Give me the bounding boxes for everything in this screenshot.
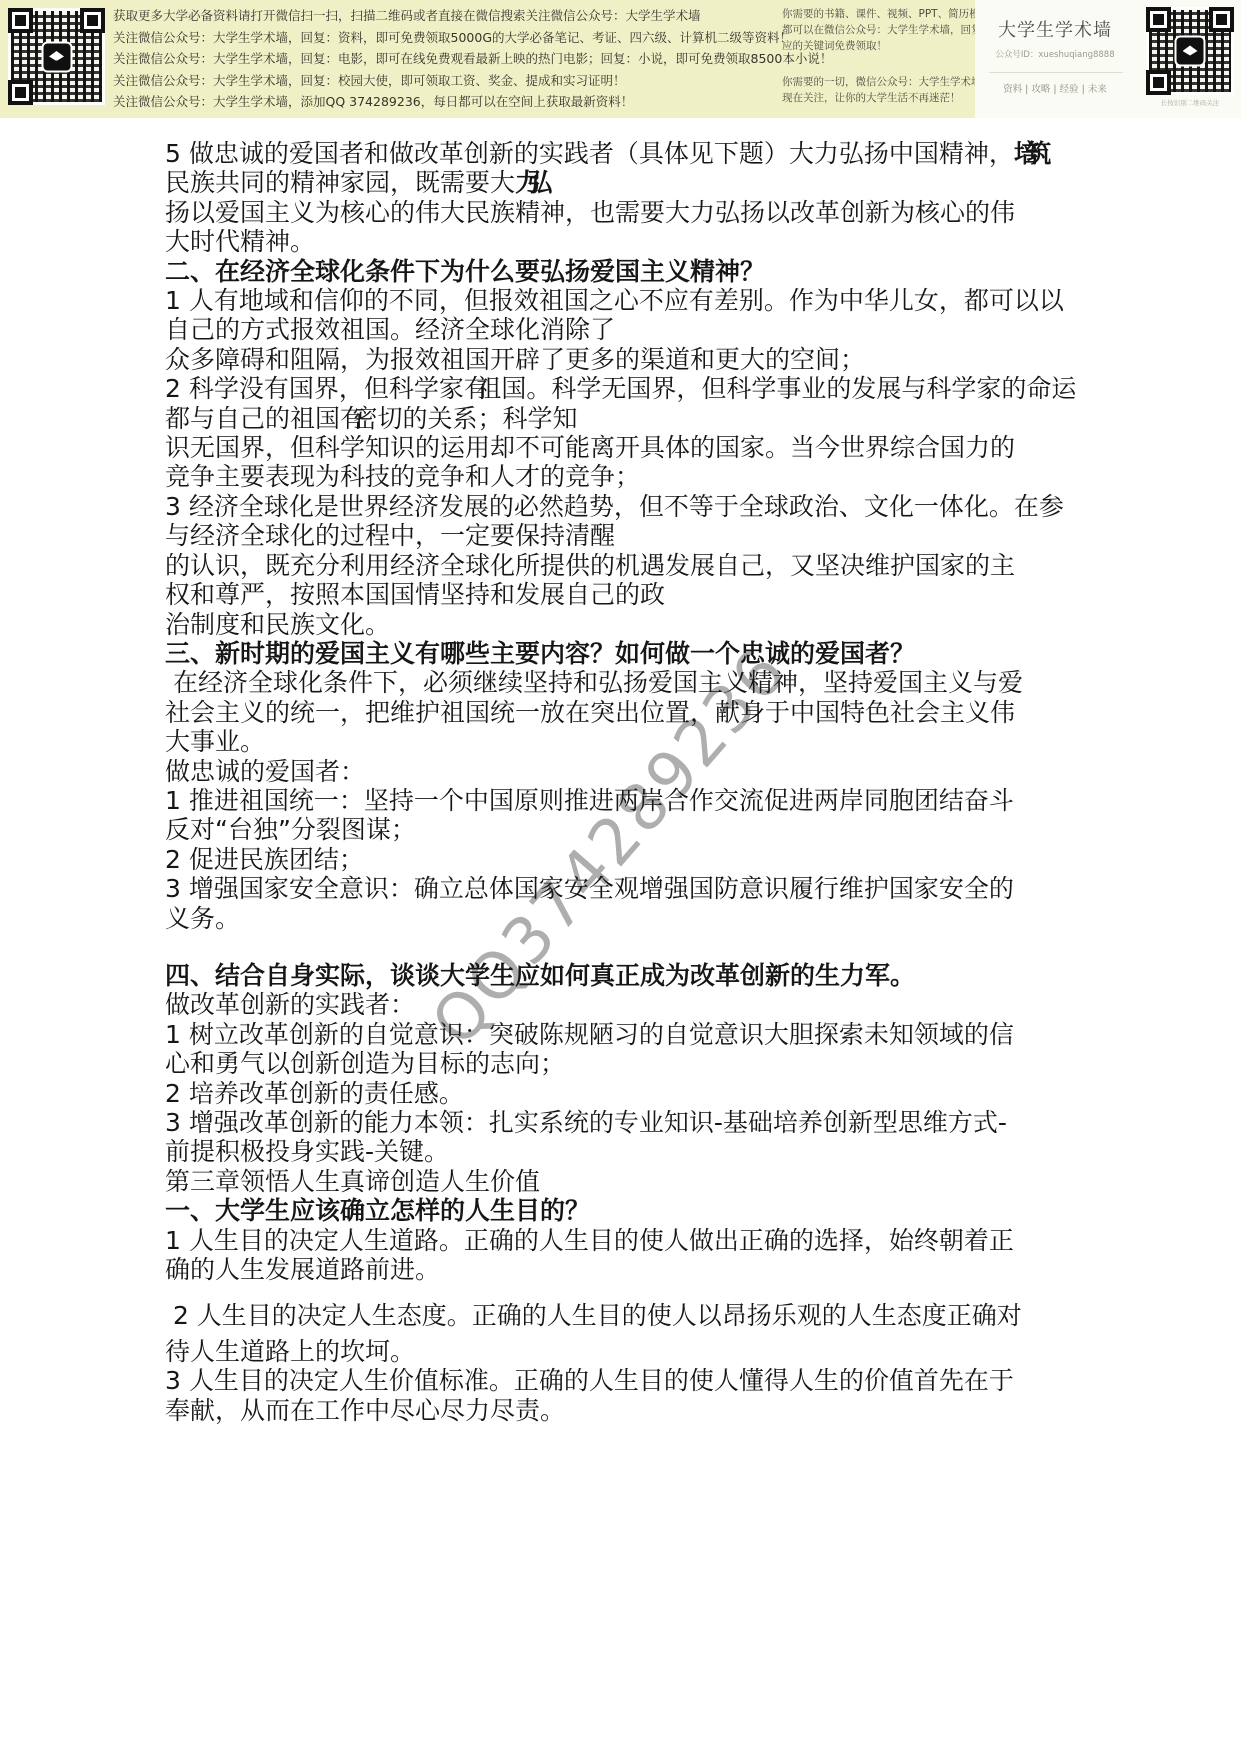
- note-line: 你需要的书籍、课件、视频、PPT、简历模板: [782, 6, 992, 22]
- note-line: 应的关键词免费领取！: [782, 38, 992, 54]
- text-segment: 3 人生目的决定人生价值标准。正确的人生目的使人懂得人生的价值首先在于: [165, 1366, 1014, 1395]
- text-segment: 都与自己的祖国: [165, 404, 340, 433]
- document-body: 5 做忠诚的爱国者和做改革创新的实践者（具体见下题）大力弘扬中国精神，培筑民族共…: [165, 139, 1076, 1425]
- banner-line: 关注微信公众号：大学生学术墙，回复：电影，即可在线免费观看最新上映的热门电影；回…: [113, 48, 832, 70]
- document-line: 大时代精神。: [165, 227, 1076, 256]
- document-line: 2 人生目的决定人生态度。正确的人生目的使人以昂扬乐观的人生态度正确对: [165, 1301, 1076, 1330]
- text-segment: 国。科学无国界，但科学事业的发展与科学家的命运: [501, 374, 1076, 403]
- document-line: 做忠诚的爱国者：: [165, 757, 1076, 786]
- text-segment: 3 增强改革创新的能力本领：扎实系统的专业知识-基础培养创新型思维方式-: [165, 1108, 1007, 1137]
- document-line: 3 人生目的决定人生价值标准。正确的人生目的使人懂得人生的价值首先在于: [165, 1366, 1076, 1395]
- account-card-tags: 资料 | 攻略 | 经验 | 未来: [975, 81, 1135, 95]
- text-segment: 2 科学没有国界，但科学家: [165, 374, 464, 403]
- document-line: 2 科学没有国界，但科学家有祖国。科学无国界，但科学事业的发展与科学家的命运: [165, 374, 1076, 403]
- document-line: 一、大学生应该确立怎样的人生目的？: [165, 1196, 1076, 1225]
- document-line: 1 人生目的决定人生道路。正确的人生目的使人做出正确的选择，始终朝着正: [165, 1226, 1076, 1255]
- document-line: 竞争主要表现为科技的竞争和人才的竞争；: [165, 462, 1076, 491]
- text-segment: 反对“台独”分裂图谋；: [165, 815, 416, 844]
- text-segment: 1 推进祖国统一：坚持一个中国原则推进两岸合作交流促进两岸同胞团结奋斗: [165, 786, 1014, 815]
- banner-line: 关注微信公众号：大学生学术墙，回复：资料，即可免费领取5000G的大学必备笔记、…: [113, 27, 832, 49]
- document-line: 1 推进祖国统一：坚持一个中国原则推进两岸合作交流促进两岸同胞团结奋斗: [165, 786, 1076, 815]
- account-card-title: 大学生学术墙: [975, 16, 1135, 42]
- qr-finder-icon: [8, 8, 33, 33]
- document-line: 在经济全球化条件下，必须继续坚持和弘扬爱国主义精神，坚持爱国主义与爱: [165, 668, 1076, 697]
- text-segment: 5 做忠诚的爱国者和做改革创新的实践者（具体见下题）大力弘扬中国精神，: [165, 139, 1014, 168]
- document-line: 与经济全球化的过程中，一定要保持清醒: [165, 521, 1076, 550]
- text-segment: 1 人有地域和信仰的不同，但报效祖国之心不应有差别。作为中华儿女，都可以以: [165, 286, 1064, 315]
- text-segment: 1 树立改革创新的自觉意识：突破陈规陋习的自觉意识大胆探索未知领域的信: [165, 1020, 1014, 1049]
- text-segment: 心和勇气以创新创造为目标的志向；: [165, 1049, 565, 1078]
- text-segment: 自己的方式报效祖国。经济全球化消除了: [165, 315, 615, 344]
- qr-finder-icon: [8, 80, 33, 105]
- qr-finder-icon: [80, 8, 105, 33]
- banner-line: 获取更多大学必备资料请打开微信扫一扫，扫描二维码或者直接在微信搜索关注微信公众号…: [113, 5, 832, 27]
- text-segment: 在经济全球化条件下，必须继续坚持和弘扬爱国主义精神，坚持爱国主义与爱: [165, 668, 1023, 697]
- text-segment: 2 促进民族团结；: [165, 845, 364, 874]
- document-line: 三、新时期的爱国主义有哪些主要内容？如何做一个忠诚的爱国者？: [165, 639, 1076, 668]
- text-segment: 权和尊严，按照本国国情坚持和发展自己的政: [165, 580, 665, 609]
- document-line: 心和勇气以创新创造为目标的志向；: [165, 1049, 1076, 1078]
- document-line: 扬以爱国主义为核心的伟大民族精神，也需要大力弘扬以改革创新为核心的伟: [165, 198, 1076, 227]
- qr-finder-icon: [1209, 7, 1234, 32]
- text-segment: 治制度和民族文化。: [165, 610, 390, 639]
- wechat-qr-code-icon: [8, 8, 105, 105]
- document-line: 待人生道路上的坎坷。: [165, 1337, 1076, 1366]
- banner-text-block: 获取更多大学必备资料请打开微信扫一扫，扫描二维码或者直接在微信搜索关注微信公众号…: [113, 5, 832, 113]
- text-segment: 社会主义的统一，把维护祖国统一放在突出位置，献身于中国特色社会主义伟: [165, 698, 1015, 727]
- text-segment: 识无国界，但科学知识的运用却不可能离开具体的国家。当今世界综合国力的: [165, 433, 1015, 462]
- text-segment: 1 人生目的决定人生道路。正确的人生目的使人做出正确的选择，始终朝着正: [165, 1226, 1014, 1255]
- text-segment: 前提积极投身实践-关键。: [165, 1137, 449, 1166]
- text-segment: 三、新时期的爱国主义有哪些主要内容？如何做一个忠诚的爱国者？: [165, 639, 915, 668]
- text-segment: 众多障碍和阻隔，为报效祖国开辟了更多的渠道和更大的空间；: [165, 345, 865, 374]
- document-line: 众多障碍和阻隔，为报效祖国开辟了更多的渠道和更大的空间；: [165, 345, 1076, 374]
- document-line: 3 增强改革创新的能力本领：扎实系统的专业知识-基础培养创新型思维方式-: [165, 1108, 1076, 1137]
- document-line: 权和尊严，按照本国国情坚持和发展自己的政: [165, 580, 1076, 609]
- text-segment: 3 增强国家安全意识：确立总体国家安全观增强国防意识履行维护国家安全的: [165, 874, 1014, 903]
- account-qr-code-icon: [1146, 7, 1234, 95]
- document-line: 反对“台独”分裂图谋；: [165, 815, 1076, 844]
- text-segment: 义务。: [165, 904, 240, 933]
- text-segment: 竞争主要表现为科技的竞争和人才的竞争；: [165, 462, 640, 491]
- document-line: 第三章领悟人生真谛创造人生价值: [165, 1167, 1076, 1196]
- banner-line: 关注微信公众号：大学生学术墙，添加QQ 374289236，每日都可以在空间上获…: [113, 91, 832, 113]
- text-segment: 2 培养改革创新的责任感。: [165, 1079, 464, 1108]
- document-line: 自己的方式报效祖国。经济全球化消除了: [165, 315, 1076, 344]
- document-line: 都与自己的祖国有密切的关系；科学知: [165, 404, 1076, 433]
- text-segment: 做忠诚的爱国者：: [165, 757, 365, 786]
- text-segment: 2 人生目的决定人生态度。正确的人生目的使人以昂扬乐观的人生态度正确对: [165, 1301, 1022, 1330]
- text-segment: 力弘: [515, 168, 540, 197]
- text-segment: 民族共同的精神家园，既需要大: [165, 168, 515, 197]
- text-segment: 待人生道路上的坎坷。: [165, 1337, 415, 1366]
- qr-finder-icon: [1146, 7, 1171, 32]
- document-line: 2 促进民族团结；: [165, 845, 1076, 874]
- text-segment: 做改革创新的实践者：: [165, 990, 415, 1019]
- text-segment: 3 经济全球化是世界经济发展的必然趋势，但不等于全球政治、文化一体化。在参: [165, 492, 1064, 521]
- text-segment: 大时代精神。: [165, 227, 315, 256]
- document-line: 治制度和民族文化。: [165, 610, 1076, 639]
- promo-banner: 获取更多大学必备资料请打开微信扫一扫，扫描二维码或者直接在微信搜索关注微信公众号…: [0, 0, 1241, 118]
- text-segment: 第三章领悟人生真谛创造人生价值: [165, 1167, 540, 1196]
- document-line: 1 树立改革创新的自觉意识：突破陈规陋习的自觉意识大胆探索未知领域的信: [165, 1020, 1076, 1049]
- text-segment: 有密: [340, 404, 365, 433]
- document-line: 识无国界，但科学知识的运用却不可能离开具体的国家。当今世界综合国力的: [165, 433, 1076, 462]
- document-line: 民族共同的精神家园，既需要大力弘: [165, 168, 1076, 197]
- text-segment: 四、结合自身实际，谈谈大学生应如何真正成为改革创新的生力军。: [165, 961, 915, 990]
- document-line: 前提积极投身实践-关键。: [165, 1137, 1076, 1166]
- graduation-cap-icon: [1175, 36, 1206, 67]
- document-line: 3 经济全球化是世界经济发展的必然趋势，但不等于全球政治、文化一体化。在参: [165, 492, 1076, 521]
- document-line: 社会主义的统一，把维护祖国统一放在突出位置，献身于中国特色社会主义伟: [165, 698, 1076, 727]
- text-segment: 二、在经济全球化条件下为什么要弘扬爱国主义精神？: [165, 257, 765, 286]
- document-line: 义务。: [165, 904, 1076, 933]
- account-card-id: 公众号ID：xueshuqiang8888: [975, 48, 1135, 60]
- text-segment: 大事业。: [165, 727, 265, 756]
- text-segment: 一、大学生应该确立怎样的人生目的？: [165, 1196, 590, 1225]
- text-segment: 切的关系；科学知: [378, 404, 578, 433]
- note-line: 都可以在微信公众号：大学生学术墙，回复相: [782, 22, 992, 38]
- qr-finder-icon: [1146, 70, 1171, 95]
- text-segment: 奉献，从而在工作中尽心尽力尽责。: [165, 1396, 565, 1425]
- document-line: 做改革创新的实践者：: [165, 990, 1076, 1019]
- document-line: 奉献，从而在工作中尽心尽力尽责。: [165, 1396, 1076, 1425]
- document-line: 四、结合自身实际，谈谈大学生应如何真正成为改革创新的生力军。: [165, 961, 1076, 990]
- document-line: 确的人生发展道路前进。: [165, 1255, 1076, 1284]
- banner-line: 关注微信公众号：大学生学术墙，回复：校园大使，即可领取工资、奖金、提成和实习证明…: [113, 70, 832, 92]
- text-segment: 与经济全球化的过程中，一定要保持清醒: [165, 521, 615, 550]
- text-segment: 培筑: [1014, 139, 1039, 168]
- divider: [989, 72, 1123, 73]
- document-line: 大事业。: [165, 727, 1076, 756]
- document-line: 的认识，既充分利用经济全球化所提供的机遇发展自己，又坚决维护国家的主: [165, 551, 1076, 580]
- qr-caption: 长按识别二维码关注: [1146, 98, 1234, 107]
- graduation-cap-icon: [41, 41, 72, 72]
- document-line: 2 培养改革创新的责任感。: [165, 1079, 1076, 1108]
- document-line: 5 做忠诚的爱国者和做改革创新的实践者（具体见下题）大力弘扬中国精神，培筑: [165, 139, 1076, 168]
- document-line: 1 人有地域和信仰的不同，但报效祖国之心不应有差别。作为中华儿女，都可以以: [165, 286, 1076, 315]
- text-segment: 扬以爱国主义为核心的伟大民族精神，也需要大力弘扬以改革创新为核心的伟: [165, 198, 1015, 227]
- text-segment: 的认识，既充分利用经济全球化所提供的机遇发展自己，又坚决维护国家的主: [165, 551, 1015, 580]
- banner-note-top: 你需要的书籍、课件、视频、PPT、简历模板 都可以在微信公众号：大学生学术墙，回…: [782, 6, 992, 54]
- document-line: 3 增强国家安全意识：确立总体国家安全观增强国防意识履行维护国家安全的: [165, 874, 1076, 903]
- text-segment: 确的人生发展道路前进。: [165, 1255, 440, 1284]
- text-segment: 有祖: [464, 374, 489, 403]
- document-line: 二、在经济全球化条件下为什么要弘扬爱国主义精神？: [165, 257, 1076, 286]
